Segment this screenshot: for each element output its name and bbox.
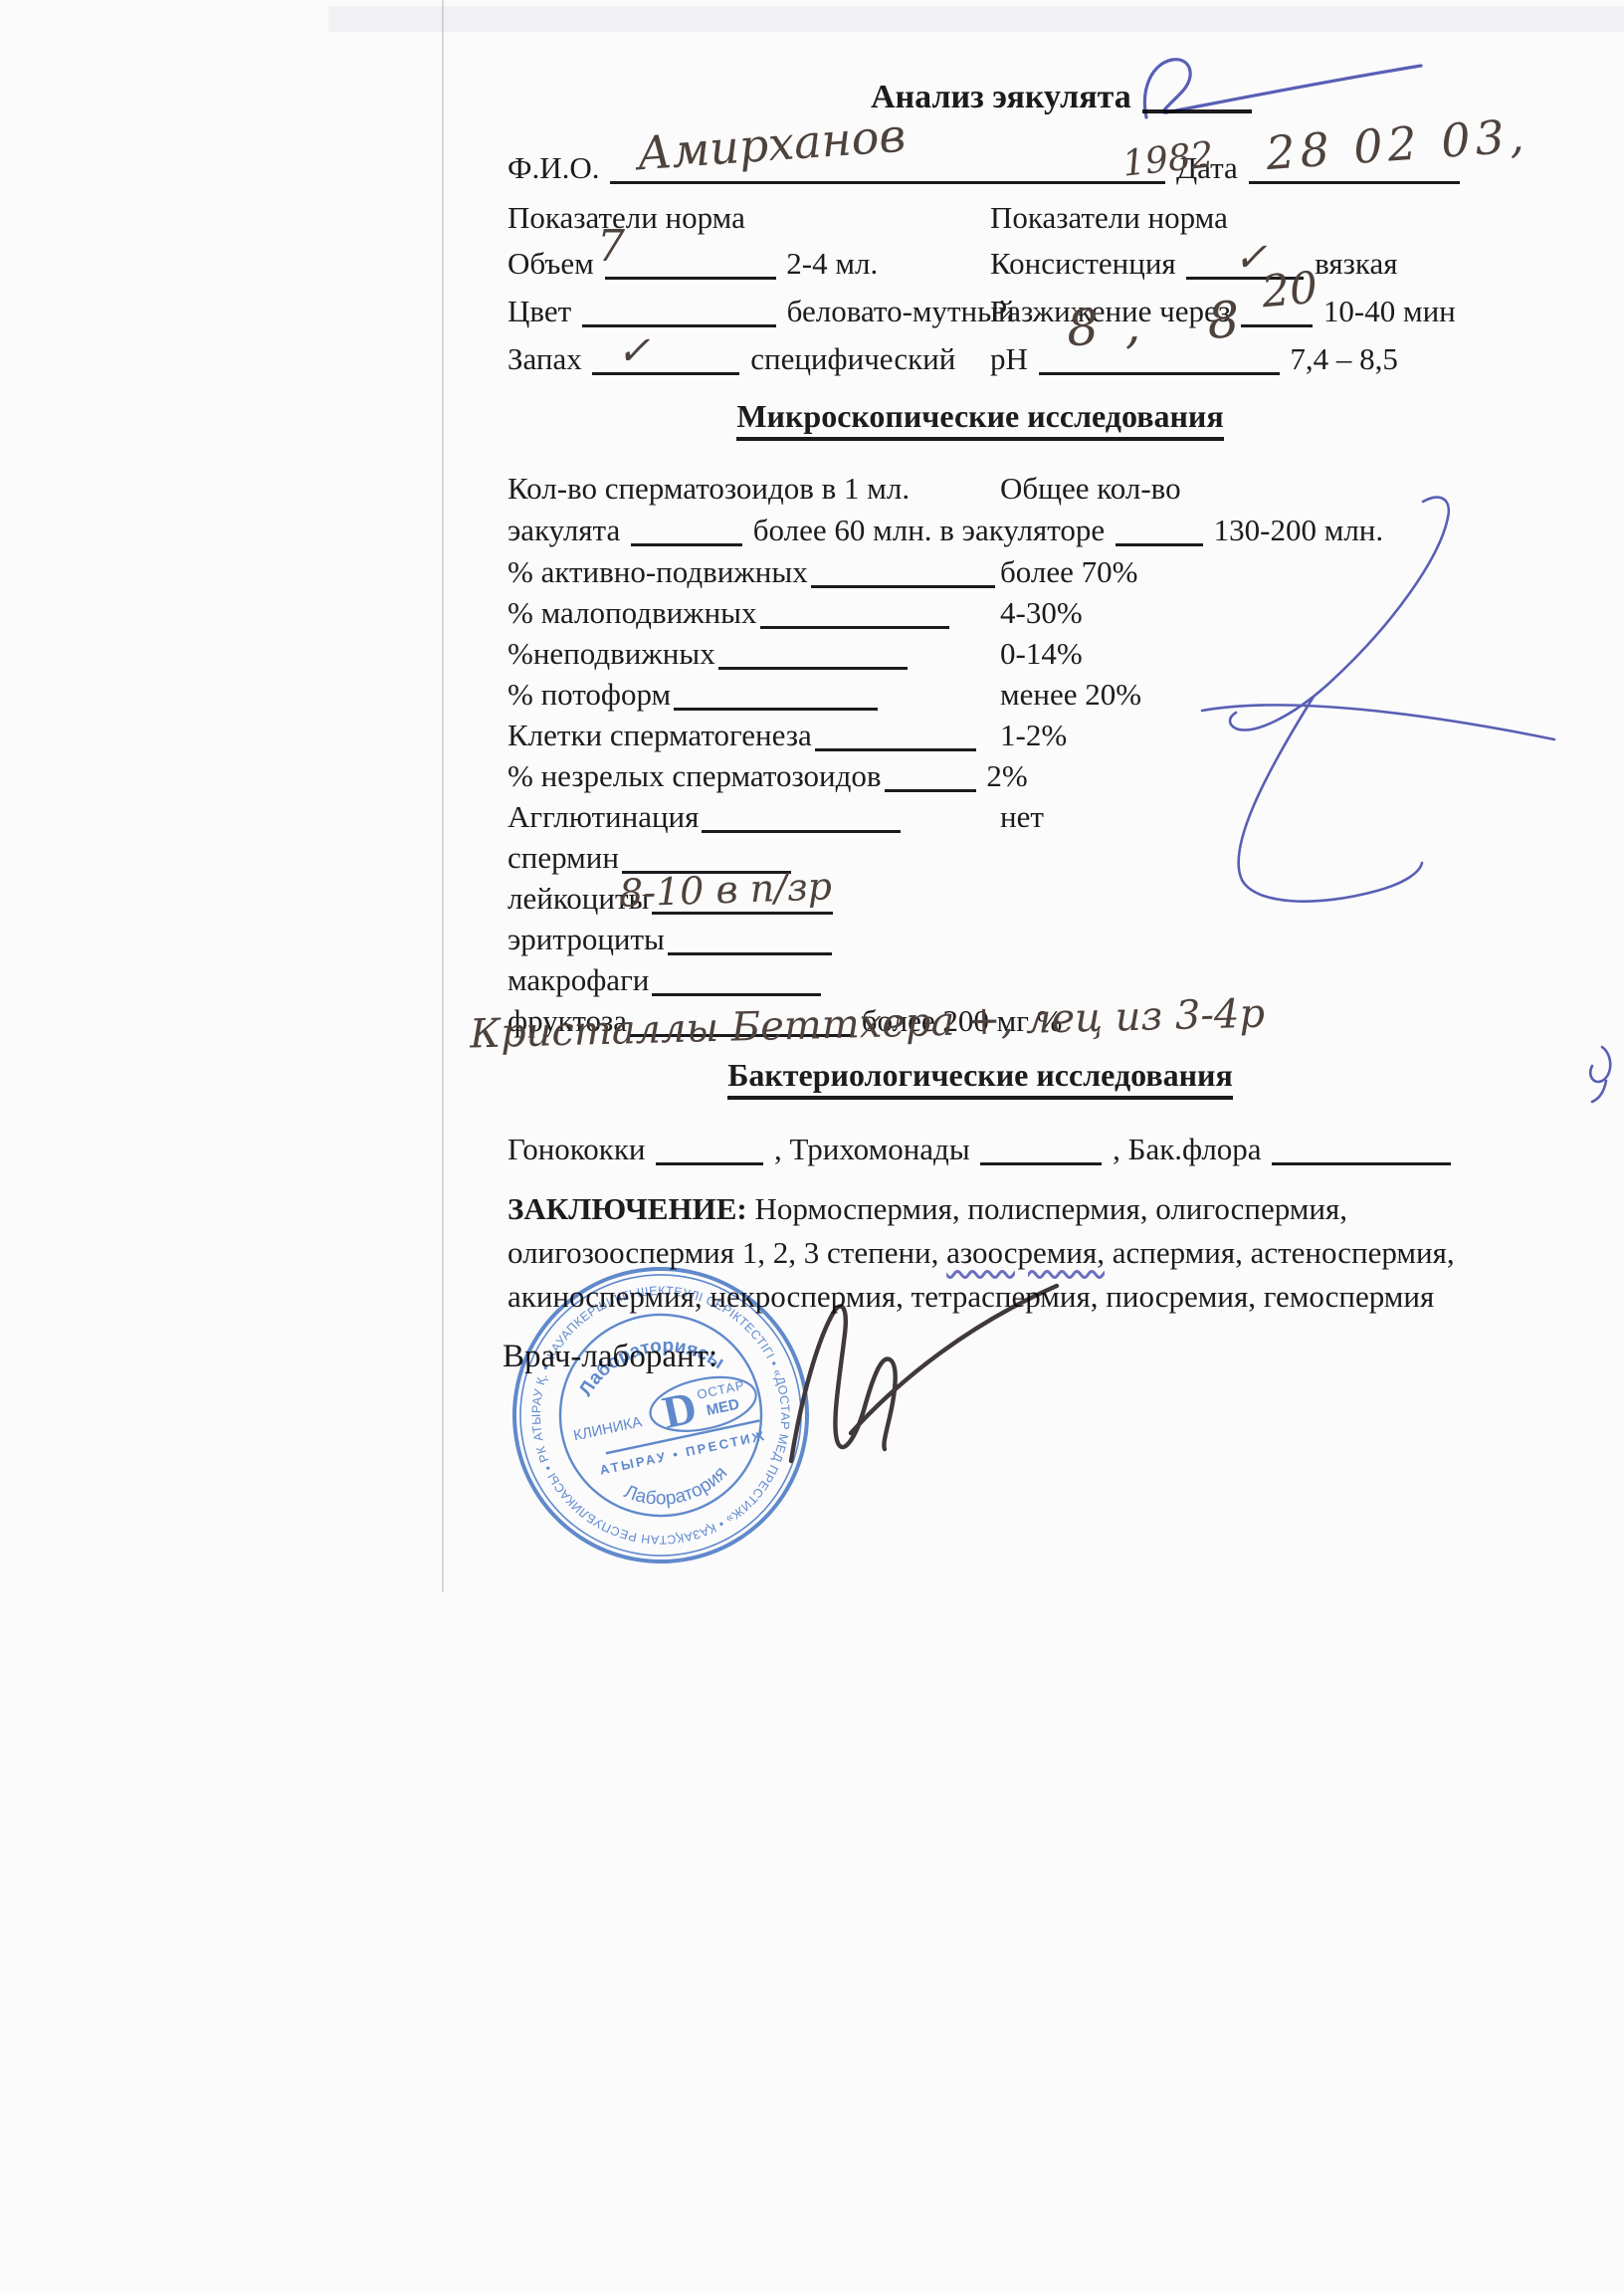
param-smell-label: Запах <box>507 341 582 376</box>
param-volume-label: Объем <box>507 246 594 281</box>
scan-artifact-band <box>328 6 1624 32</box>
row-blank <box>718 667 908 670</box>
conclusion-text-2b: аспермия, астеноспермия, <box>1105 1235 1455 1270</box>
row-label: спермин <box>507 840 619 875</box>
micro-row: Клетки сперматогенеза 1-2% <box>507 717 979 753</box>
row-blank <box>674 708 878 711</box>
micro-row: % потоформ менее 20% <box>507 676 881 713</box>
stamp-logo-bottom: MED <box>705 1396 740 1420</box>
param-consistency-norm: вязкая <box>1315 246 1397 281</box>
count-line: Кол-во сперматозоидов в 1 мл. Общее кол-… <box>507 470 910 507</box>
stamp-logo-top: ОСТАР <box>696 1377 746 1402</box>
param-consistency: Консистенция вязкая <box>990 245 1398 282</box>
param-ph-norm: 7,4 – 8,5 <box>1290 341 1398 376</box>
gonococci-label: Гонококки <box>507 1132 646 1166</box>
conclusion-line-1: ЗАКЛЮЧЕНИЕ: Нормоспермия, полиспермия, о… <box>507 1190 1347 1227</box>
param-color-norm: беловато-мутный <box>787 294 1015 328</box>
row-label: % потоформ <box>507 677 671 712</box>
micro-row: макрофаги <box>507 961 824 998</box>
stamp-divider-line <box>606 1420 760 1453</box>
micro-row: %неподвижных 0-14% <box>507 635 911 672</box>
ejaculate-norm: более 60 млн. в эакуляторе <box>753 513 1105 547</box>
row-norm: 0-14% <box>1000 635 1083 672</box>
row-label: %неподвижных <box>507 636 715 671</box>
title-blank-line <box>1142 109 1252 113</box>
doctor-label: Врач-лаборант: <box>503 1338 717 1377</box>
handwritten-note: Кристаллы Беттхера +, лец из 3-4р <box>470 991 1266 1058</box>
scan-page-edge <box>442 0 444 1592</box>
row-blank <box>702 830 901 833</box>
page-title: Анализ эякулята <box>871 78 1255 118</box>
indicators-header-right: Показатели норма <box>990 199 1228 236</box>
row-label: эритроциты <box>507 922 665 956</box>
bacterio-line: Гонококки , Трихомонады , Бак.флора <box>507 1131 1454 1167</box>
micro-row: % активно-подвижных более 70% <box>507 553 998 590</box>
handwritten-smell-mark: ✓ <box>617 328 651 374</box>
conclusion-label: ЗАКЛЮЧЕНИЕ: <box>507 1191 747 1226</box>
bacterio-heading-wrap: Бактериологические исследования <box>478 1057 1483 1094</box>
row-norm: 4-30% <box>1000 594 1083 631</box>
row-norm: 1-2% <box>1000 717 1067 753</box>
param-liquefaction-norm: 10-40 мин <box>1323 294 1456 328</box>
count-line-left: Кол-во сперматозоидов в 1 мл. <box>507 471 910 506</box>
scanned-lab-form: Анализ эякулята Ф.И.О. Дата Показатели н… <box>0 0 1624 2293</box>
row-label: % незрелых сперматозоидов <box>507 758 882 793</box>
conclusion-marked-word: азоосремия, <box>946 1235 1105 1270</box>
micro-heading-wrap: Микроскопические исследования <box>478 398 1483 435</box>
ejaculate-total-norm: 130-200 млн. <box>1214 513 1384 547</box>
param-color-label: Цвет <box>507 294 571 328</box>
row-label: Агглютинация <box>507 799 699 834</box>
fio-blank-line <box>610 181 1165 184</box>
param-smell-norm: специфический <box>750 341 955 376</box>
stamp-inner-bottom-text: Лаборатория <box>618 1460 736 1519</box>
param-consistency-label: Консистенция <box>990 246 1176 281</box>
row-label: % активно-подвижных <box>507 554 808 589</box>
ejaculate-label: эакулята <box>507 513 620 547</box>
ejaculate-line: эакулята более 60 млн. в эакуляторе 130-… <box>507 512 1383 548</box>
param-smell-blank <box>592 372 739 375</box>
param-ph-blank <box>1039 372 1280 375</box>
row-norm: нет <box>1000 798 1044 835</box>
bacterio-heading: Бактериологические исследования <box>727 1057 1233 1100</box>
stamp-logo-d: D <box>658 1381 701 1438</box>
micro-heading: Микроскопические исследования <box>736 398 1223 441</box>
conclusion-line-3: акиноспермия, некроспермия, тетраспермия… <box>507 1278 1434 1315</box>
row-label: макрофаги <box>507 962 649 997</box>
row-norm: менее 20% <box>1000 676 1141 713</box>
trichomonads-blank <box>980 1162 1102 1165</box>
micro-row: эритроциты <box>507 921 835 957</box>
bacflora-label: , Бак.флора <box>1113 1132 1261 1166</box>
row-blank <box>760 626 949 629</box>
conclusion-text-2a: олигозооспермия 1, 2, 3 степени, <box>507 1235 946 1270</box>
row-label: % малоподвижных <box>507 595 757 630</box>
row-blank <box>652 993 821 996</box>
date-blank-line <box>1249 181 1460 184</box>
title-text: Анализ эякулята <box>871 79 1131 115</box>
handwritten-date: 28 02 03, <box>1264 108 1530 180</box>
param-volume: Объем 2-4 мл. <box>507 245 878 282</box>
row-norm: более 70% <box>1000 553 1137 590</box>
gonococci-blank <box>656 1162 763 1165</box>
stamp-logo-oval <box>646 1368 761 1439</box>
param-color-blank <box>582 324 776 327</box>
row-norm: 2% <box>986 758 1027 793</box>
stamp-city-line: АТЫРАУ • ПРЕСТИЖ <box>598 1428 767 1478</box>
conclusion-line-2: олигозооспермия 1, 2, 3 степени, азоосре… <box>507 1234 1455 1271</box>
micro-row: % малоподвижных 4-30% <box>507 594 952 631</box>
param-color: Цвет беловато-мутный <box>507 293 1015 329</box>
row-blank <box>815 748 976 751</box>
row-blank <box>885 789 976 792</box>
fio-label: Ф.И.О. <box>507 150 600 185</box>
ejaculate-total-blank <box>1116 543 1203 546</box>
micro-row: % незрелых сперматозоидов 2% <box>507 757 1028 794</box>
stamp-clinic-label: КЛИНИКА <box>572 1413 644 1444</box>
indicators-header-left: Показатели норма <box>507 199 745 236</box>
param-smell: Запах специфический <box>507 340 955 377</box>
handwritten-liquefaction: 20 <box>1260 263 1319 318</box>
handwritten-ph: 8, 8 <box>1066 290 1267 357</box>
ejaculate-blank <box>631 543 742 546</box>
handwritten-leukocytes: 8-10 в п/зр <box>618 864 832 915</box>
param-volume-norm: 2-4 мл. <box>786 246 878 281</box>
param-ph-label: pH <box>990 341 1028 376</box>
conclusion-text-1: Нормоспермия, полиспермия, олигоспермия, <box>747 1191 1347 1226</box>
count-line-right: Общее кол-во <box>1000 470 1181 507</box>
row-label: Клетки сперматогенеза <box>507 718 812 752</box>
handwritten-volume: 7 <box>597 221 625 272</box>
micro-row: Агглютинация нет <box>507 798 904 835</box>
bacflora-blank <box>1272 1162 1451 1165</box>
trichomonads-label: , Трихомонады <box>774 1132 970 1166</box>
param-volume-blank <box>605 277 776 280</box>
row-blank <box>811 585 995 588</box>
row-blank <box>668 952 832 955</box>
